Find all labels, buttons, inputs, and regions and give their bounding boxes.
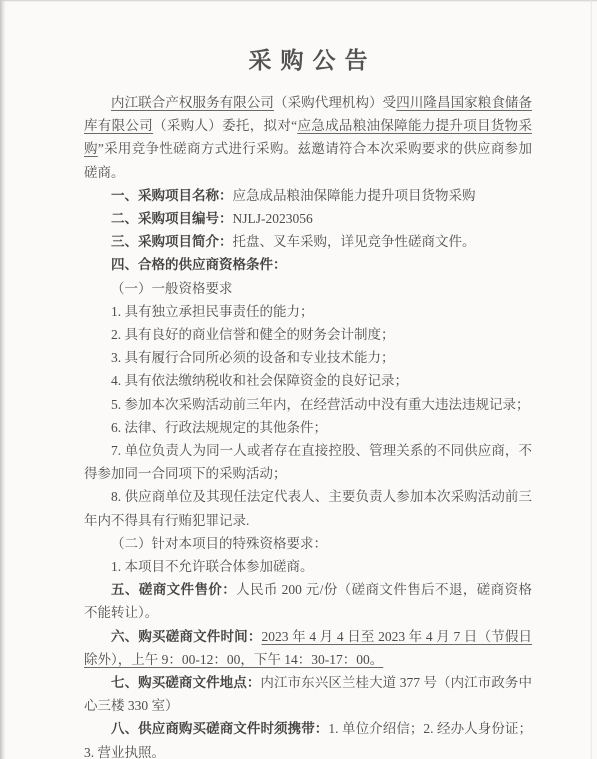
text-run: 5. 参加本次采购活动前三年内，在经营活动中没有重大违法违规记录； xyxy=(111,397,530,412)
scan-shadow-top-edge xyxy=(0,0,597,2)
text-run: 3. 具有履行合同所必须的设备和专业技术能力； xyxy=(111,350,395,365)
scan-shadow-left-edge xyxy=(0,0,6,759)
text-run: NJLJ-2023056 xyxy=(233,211,313,226)
section-heading: 八、供应商购买磋商文件时须携带： xyxy=(111,721,328,736)
section-heading: 五、磋商文件售价： xyxy=(111,582,236,597)
text-run: （采购人）委托，拟对“ xyxy=(153,118,297,133)
text-run: 应急成品粮油保障能力提升项目货物采购 xyxy=(233,188,476,203)
document-content: 采购公告 内江联合产权服务有限公司（采购代理机构）受四川隆昌国家粮食储备库有限公… xyxy=(84,42,532,759)
section-heading: 四、合格的供应商资格条件： xyxy=(111,257,287,272)
intro-paragraph: 内江联合产权服务有限公司（采购代理机构）受四川隆昌国家粮食储备库有限公司（采购人… xyxy=(84,91,532,184)
scan-line-right-edge xyxy=(590,0,592,759)
section-2-project-number: 二、采购项目编号：NJLJ-2023056 xyxy=(84,207,532,230)
general-item-2: 2. 具有良好的商业信誉和健全的财务会计制度； xyxy=(84,323,532,346)
section-heading: 三、采购项目简介： xyxy=(111,234,233,249)
text-run: （采购代理机构）受 xyxy=(274,95,396,110)
underlined-text: 内江联合产权服务有限公司 xyxy=(111,95,274,110)
text-run: 4. 具有依法缴纳税收和社会保障资金的良好记录； xyxy=(111,373,408,388)
subsection-special-requirements: （二）针对本项目的特殊资格要求： xyxy=(84,532,532,555)
section-7-purchase-location: 七、购买磋商文件地点：内江市东兴区兰桂大道 377 号（内江市政务中心三楼 33… xyxy=(84,671,532,717)
document-body: 内江联合产权服务有限公司（采购代理机构）受四川隆昌国家粮食储备库有限公司（采购人… xyxy=(84,91,532,759)
general-item-3: 3. 具有履行合同所必须的设备和专业技术能力； xyxy=(84,346,532,369)
general-item-5: 5. 参加本次采购活动前三年内，在经营活动中没有重大违法违规记录； xyxy=(84,393,532,416)
section-heading: 七、购买磋商文件地点： xyxy=(111,675,260,690)
section-4-supplier-qualification: 四、合格的供应商资格条件： xyxy=(84,253,532,276)
section-5-document-price: 五、磋商文件售价：人民币 200 元/份（磋商文件售后不退，磋商资格不能转让）。 xyxy=(84,578,532,624)
text-run: （一）一般资格要求 xyxy=(111,281,233,296)
text-run: 8. 供应商单位及其现任法定代表人、主要负责人参加本次采购活动前三年内不得具有行… xyxy=(84,489,532,527)
general-item-4: 4. 具有依法缴纳税收和社会保障资金的良好记录； xyxy=(84,369,532,392)
section-3-project-brief: 三、采购项目简介：托盘、叉车采购，详见竞争性磋商文件。 xyxy=(84,230,532,253)
text-run: 托盘、叉车采购，详见竞争性磋商文件。 xyxy=(233,234,476,249)
text-run: 1. 本项目不允许联合体参加磋商。 xyxy=(111,559,314,574)
general-item-8: 8. 供应商单位及其现任法定代表人、主要负责人参加本次采购活动前三年内不得具有行… xyxy=(84,485,532,531)
section-heading: 二、采购项目编号： xyxy=(111,211,233,226)
general-item-6: 6. 法律、行政法规规定的其他条件； xyxy=(84,416,532,439)
page-title: 采购公告 xyxy=(84,42,532,75)
text-run: 6. 法律、行政法规规定的其他条件； xyxy=(111,420,327,435)
section-8-required-materials: 八、供应商购买磋商文件时须携带：1. 单位介绍信；2. 经办人身份证；3. 营业… xyxy=(84,717,532,759)
text-run: （二）针对本项目的特殊资格要求： xyxy=(111,536,327,551)
section-6-purchase-time: 六、购买磋商文件时间：2023 年 4 月 4 日至 2023 年 4 月 7 … xyxy=(84,625,532,671)
special-item-1: 1. 本项目不允许联合体参加磋商。 xyxy=(84,555,532,578)
text-run: 1. 具有独立承担民事责任的能力； xyxy=(111,304,314,319)
general-item-1: 1. 具有独立承担民事责任的能力； xyxy=(84,300,532,323)
text-run: ”采用竞争性磋商方式进行采购。兹邀请符合本次采购要求的供应商参加磋商。 xyxy=(84,141,532,179)
general-item-7: 7. 单位负责人为同一人或者存在直接控股、管理关系的不同供应商，不得参加同一合同… xyxy=(84,439,532,485)
scanned-document-page: { "page": { "title": "采购公告" }, "document… xyxy=(0,0,597,759)
section-1-project-name: 一、采购项目名称：应急成品粮油保障能力提升项目货物采购 xyxy=(84,184,532,207)
text-run: 2. 具有良好的商业信誉和健全的财务会计制度； xyxy=(111,327,395,342)
subsection-general-requirements: （一）一般资格要求 xyxy=(84,277,532,300)
section-heading: 一、采购项目名称： xyxy=(111,188,233,203)
text-run: 7. 单位负责人为同一人或者存在直接控股、管理关系的不同供应商，不得参加同一合同… xyxy=(84,443,532,481)
section-heading: 六、购买磋商文件时间： xyxy=(111,629,262,644)
